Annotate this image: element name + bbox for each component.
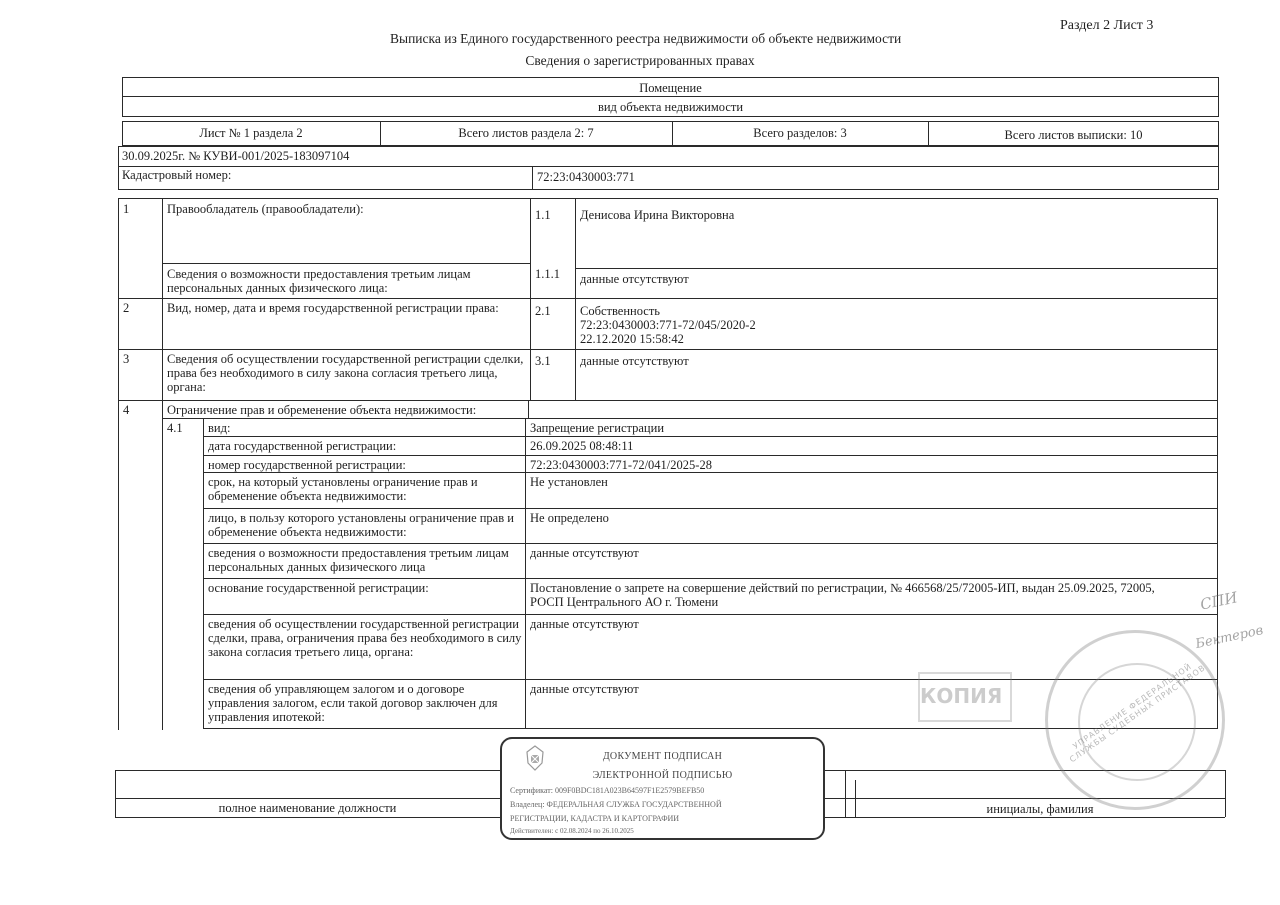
position-label: полное наименование должности — [115, 800, 500, 816]
row-4-1-number: 4.1 — [164, 420, 186, 436]
name-label: инициалы, фамилия — [855, 801, 1225, 817]
copy-certified-stamp: КОПИЯ ВЕРНА — [918, 672, 1012, 722]
electronic-signature-stamp: ДОКУМЕНТ ПОДПИСАН ЭЛЕКТРОННОЙ ПОДПИСЬЮ С… — [500, 737, 825, 840]
stamp-owner-1: Владелец: ФЕДЕРАЛЬНАЯ СЛУЖБА ГОСУДАРСТВЕ… — [510, 800, 722, 809]
row-1-1-number: 1.1 — [532, 207, 554, 223]
personal-data-value: данные отсутствуют — [577, 271, 692, 287]
restriction-field-value: данные отсутствуют — [527, 545, 1187, 561]
object-type: Помещение — [122, 80, 1219, 96]
restriction-label: Ограничение прав и обременение объекта н… — [164, 402, 479, 418]
cadastral-number: 72:23:0430003:771 — [534, 169, 638, 185]
stamp-line-1: ДОКУМЕНТ ПОДПИСАН — [502, 751, 823, 762]
sections-total: Всего разделов: 3 — [672, 125, 928, 141]
restriction-field-label: срок, на который установлены ограничение… — [205, 474, 525, 504]
section-sheets-total: Всего листов раздела 2: 7 — [380, 125, 672, 141]
registration-value: Собственность 72:23:0430003:771-72/045/2… — [577, 303, 759, 347]
restriction-field-value: данные отсутствуют — [527, 616, 1187, 632]
restriction-field-value: Постановление о запрете на совершение де… — [527, 580, 1187, 610]
restriction-field-value: Не установлен — [527, 474, 1187, 490]
restriction-field-label: вид: — [205, 420, 525, 436]
deal-consent-value: данные отсутствуют — [577, 353, 692, 369]
restriction-field-value: 26.09.2025 08:48:11 — [527, 438, 1187, 454]
row-2-number: 2 — [120, 300, 132, 316]
restriction-field-label: лицо, в пользу которого установлены огра… — [205, 510, 525, 540]
restriction-field-label: номер государственной регистрации: — [205, 457, 525, 473]
restriction-field-value: Не определено — [527, 510, 1187, 526]
stamp-validity: Действителен: с 02.08.2024 по 26.10.2025 — [510, 827, 634, 835]
row-4-number: 4 — [120, 402, 132, 418]
official-seal: УПРАВЛЕНИЕ ФЕДЕРАЛЬНОЙ СЛУЖБЫ СУДЕБНЫХ П… — [1045, 630, 1225, 810]
right-registration-datetime: 22.12.2020 15:58:42 — [580, 332, 756, 346]
handwritten-note-1: СПИ — [1199, 588, 1240, 613]
handwritten-signature: Бектеров — [1194, 623, 1264, 652]
row-2-1-number: 2.1 — [532, 303, 554, 319]
restriction-field-label: сведения о возможности предоставления тр… — [205, 545, 525, 575]
restriction-field-label: сведения об осуществлении государственно… — [205, 616, 525, 660]
extract-sheets-total: Всего листов выписки: 10 — [928, 127, 1219, 143]
row-1-number: 1 — [120, 201, 132, 217]
registration-label: Вид, номер, дата и время государственной… — [164, 300, 530, 316]
row-3-number: 3 — [120, 351, 132, 367]
deal-consent-label: Сведения об осуществлении государственно… — [164, 351, 530, 395]
stamp-owner-2: РЕГИСТРАЦИИ, КАДАСТРА И КАРТОГРАФИИ — [510, 814, 679, 823]
extract-reference: 30.09.2025г. № КУВИ-001/2025-183097104 — [119, 148, 352, 164]
restriction-field-value: 72:23:0430003:771-72/041/2025-28 — [527, 457, 1187, 473]
section-sheet-label: Раздел 2 Лист 3 — [1060, 18, 1153, 34]
right-registration-number: 72:23:0430003:771-72/045/2020-2 — [580, 318, 756, 332]
stamp-line-2: ЭЛЕКТРОННОЙ ПОДПИСЬЮ — [502, 770, 823, 781]
row-1-1-1-number: 1.1.1 — [532, 266, 563, 282]
document-title: Выписка из Единого государственного реес… — [390, 31, 901, 47]
restriction-field-value: Запрещение регистрации — [527, 420, 1187, 436]
restriction-field-label: сведения об управляющем залогом и о дого… — [205, 681, 525, 725]
restriction-field-label: дата государственной регистрации: — [205, 438, 525, 454]
rights-holder-label: Правообладатель (правообладатели): — [164, 201, 530, 217]
restriction-field-label: основание государственной регистрации: — [205, 580, 525, 596]
cadastral-label: Кадастровый номер: — [119, 167, 234, 183]
row-3-1-number: 3.1 — [532, 353, 554, 369]
object-type-label: вид объекта недвижимости — [122, 99, 1219, 115]
personal-data-label: Сведения о возможности предоставления тр… — [164, 266, 530, 296]
right-type: Собственность — [580, 304, 756, 318]
sheet-number: Лист № 1 раздела 2 — [122, 125, 380, 141]
rights-holder-name: Денисова Ирина Викторовна — [577, 207, 737, 223]
stamp-certificate: Сертификат: 009F0BDC181A023B64597F1E2579… — [510, 786, 704, 795]
document-subtitle: Сведения о зарегистрированных правах — [0, 53, 1280, 69]
